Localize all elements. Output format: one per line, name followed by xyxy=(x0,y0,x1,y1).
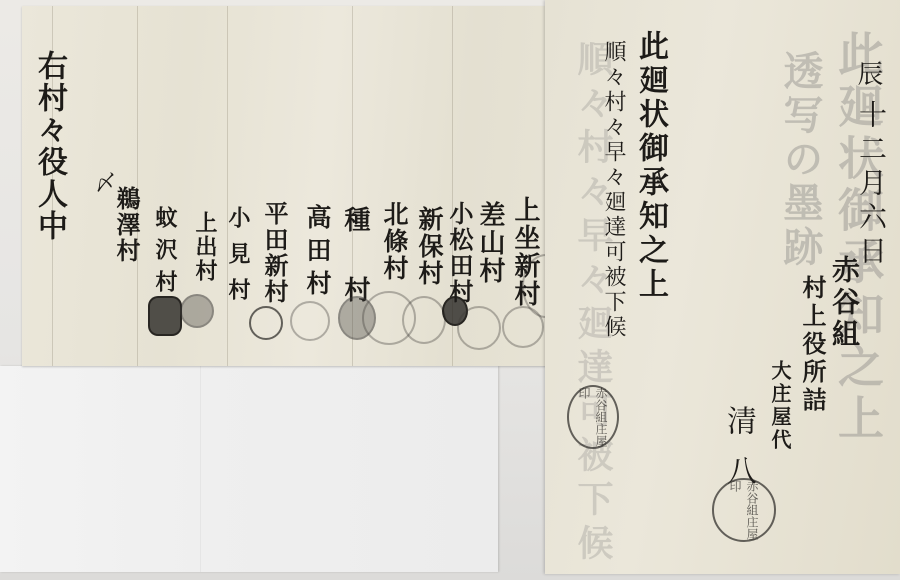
group-name: 赤谷組 xyxy=(830,255,858,351)
village-name: 新保村 xyxy=(417,206,442,287)
left-document-sheet: 右村々役人中 〆 上坐新村 差山村 小松田村 新保村 北條村 種村 高田村 平田… xyxy=(22,6,562,366)
village-name: 小松田村 xyxy=(447,201,471,305)
signatory-seal: 赤谷組庄屋印 xyxy=(712,478,776,542)
date-era: 辰 xyxy=(855,60,881,88)
seal-stamp xyxy=(148,296,182,336)
body-line-1: 此廻状御承知之上 xyxy=(635,30,665,302)
village-name: 平田新村 xyxy=(262,201,286,305)
date-text: 十二月六日 xyxy=(857,100,885,270)
group-seal: 赤谷組庄屋印 xyxy=(567,385,619,449)
office-name: 村上役所詰 xyxy=(800,275,824,415)
closing-mark: 〆 xyxy=(92,171,114,195)
village-name: 鵜澤村 xyxy=(114,186,138,264)
village-name: 小見村 xyxy=(227,206,249,314)
body-line-2: 順々村々早々廻達可被下候 xyxy=(602,40,624,340)
seal-stamp xyxy=(180,294,214,328)
village-name: 蚊沢村 xyxy=(154,206,176,302)
right-document-sheet: 此廻状御承知之上 透写の墨跡 順々村々早々廻達可被下候 此廻状御承知之上 順々村… xyxy=(545,0,900,574)
bleed-through-text: 透写の墨跡 xyxy=(780,50,820,270)
village-name: 上出村 xyxy=(194,211,216,283)
village-name: 北條村 xyxy=(382,201,407,282)
official-title: 大庄屋代 xyxy=(770,360,790,452)
seal-stamp xyxy=(290,301,330,341)
seal-stamp xyxy=(249,306,283,340)
village-name: 高田村 xyxy=(305,204,330,303)
seal-stamp xyxy=(457,306,501,350)
white-backing-sheet xyxy=(0,366,498,572)
seal-stamp xyxy=(402,296,446,344)
village-name: 差山村 xyxy=(477,201,503,285)
addressee-text: 右村々役人中 xyxy=(34,50,64,242)
